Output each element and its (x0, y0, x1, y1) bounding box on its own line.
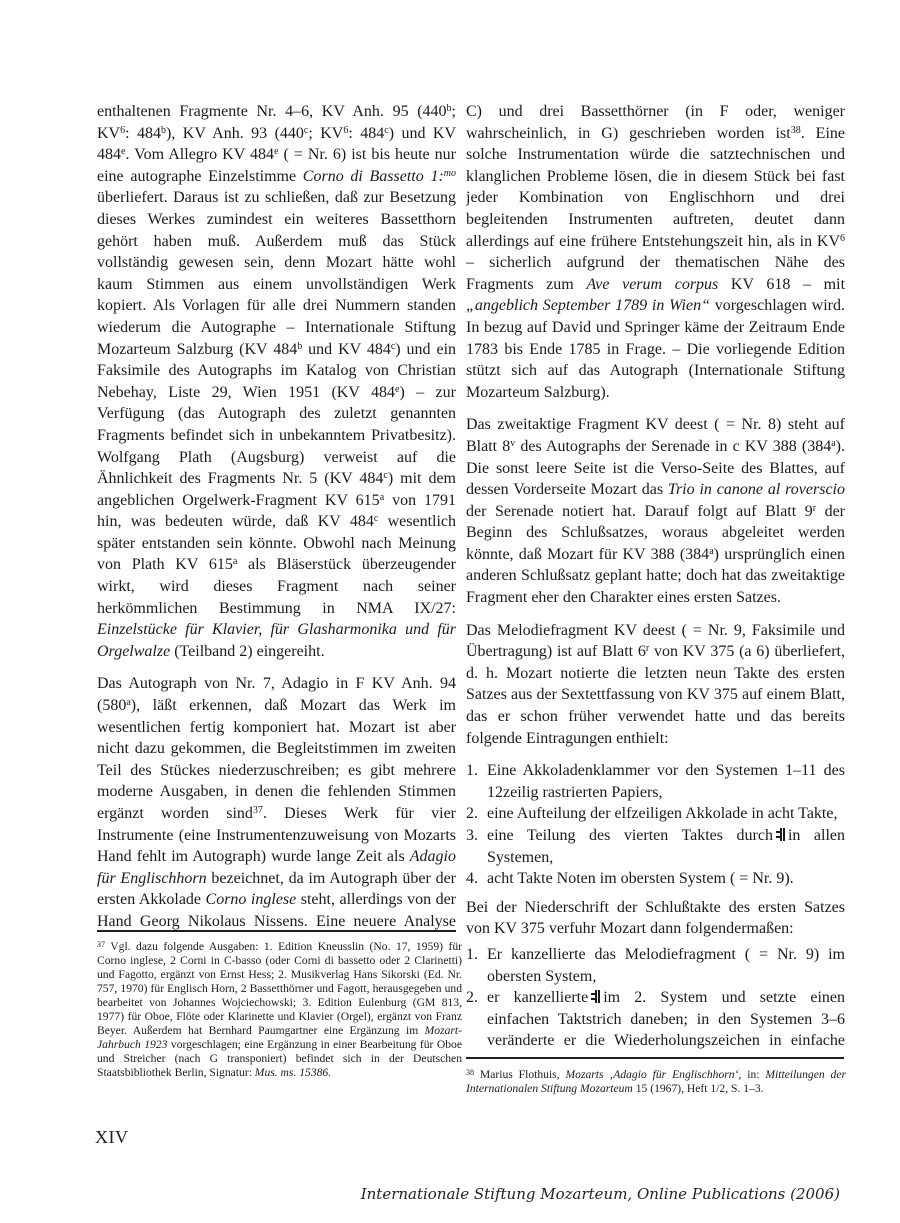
list-item: 2. er kanzellierteim 2. System und setzt… (466, 987, 845, 1054)
text-segment: eine Teilung des vierten Taktes durch (487, 827, 773, 844)
document-page: enthaltenen Fragmente Nr. 4–6, KV Anh. 9… (0, 0, 900, 1223)
text-segment: C) und drei Bassetthörner (in F oder, we… (466, 103, 845, 142)
text-segment: eine Aufteilung der elfzeiligen Akkolade… (487, 805, 837, 822)
text-segment: ), KV Anh. 93 (440 (166, 125, 304, 142)
list-item-number: 2. (466, 803, 487, 825)
list-item-text: acht Takte Noten im obersten System ( = … (487, 868, 845, 890)
list-item-number: 1. (466, 760, 487, 803)
text-segment: „angeblich September 1789 in Wien“ (466, 297, 710, 314)
text-segment: Er kanzellierte das Melodiefragment ( = … (487, 946, 845, 985)
footnote-divider (466, 1057, 844, 1059)
list-item-number: 2. (466, 987, 487, 1054)
text-segment: 6 (840, 233, 845, 244)
text-segment: 37 (97, 940, 105, 949)
repeat-barline-icon (591, 990, 600, 1003)
text-segment: 38 (791, 125, 801, 136)
text-segment: (Teilband 2) eingereiht. (170, 643, 324, 660)
paragraph: Bei der Niederschrift der Schlußtakte de… (466, 897, 845, 940)
list-item: 4. acht Takte Noten im obersten System (… (466, 868, 845, 890)
text-segment: 15 (1967), Heft 1/2, S. 1–3. (633, 1082, 764, 1095)
text-segment: Marius Flothuis, (474, 1068, 565, 1081)
text-segment: der Serenade notiert hat. Darauf folgt a… (466, 503, 813, 520)
text-segment: KV 618 – mit (718, 276, 845, 293)
list-item-text: er kanzellierteim 2. System und setzte e… (487, 987, 845, 1054)
footnote-38: 38 Marius Flothuis, Mozarts ‚Adagio für … (466, 1068, 846, 1096)
list-item-text: Eine Akkoladenklammer vor den Systemen 1… (487, 760, 845, 803)
list-item-text: eine Teilung des vierten Taktes durchin … (487, 825, 845, 868)
text-segment: 38 (466, 1068, 474, 1077)
footnote-37: 37 Vgl. dazu folgende Ausgaben: 1. Editi… (97, 940, 462, 1080)
text-segment: Trio in canone al roverscio (668, 481, 845, 498)
text-segment: , in: (738, 1068, 765, 1081)
left-column: enthaltenen Fragmente Nr. 4–6, KV Anh. 9… (97, 101, 456, 930)
text-segment: . Eine solche Instrumentation würde die … (466, 125, 845, 250)
numbered-list: 1. Eine Akkoladenklammer vor den Systeme… (466, 760, 845, 890)
text-segment: : 484 (125, 125, 161, 142)
paragraph: Das Melodiefragment KV deest ( = Nr. 9, … (466, 620, 845, 750)
footnote-divider (97, 930, 456, 932)
list-item: 3. eine Teilung des vierten Taktes durch… (466, 825, 845, 868)
text-segment: ), läßt erkennen, daß Mozart das Werk im… (97, 697, 456, 822)
list-item: 2. eine Aufteilung der elfzeiligen Akkol… (466, 803, 845, 825)
text-segment: acht Takte Noten im obersten System ( = … (487, 870, 794, 887)
footer-credit: Internationale Stiftung Mozarteum, Onlin… (361, 1185, 840, 1203)
text-segment: Bei der Niederschrift der Schlußtakte de… (466, 899, 845, 938)
text-segment: Corno di Bassetto 1: (303, 168, 444, 185)
text-segment: ; KV (308, 125, 343, 142)
list-item-text: Er kanzellierte das Melodiefragment ( = … (487, 944, 845, 987)
paragraph: Das zweitaktige Fragment KV deest ( = Nr… (466, 414, 845, 608)
text-segment: des Autographs der Serenade in c KV 388 … (515, 438, 831, 455)
text-segment: er kanzellierte (487, 989, 588, 1006)
list-item-text: eine Aufteilung der elfzeiligen Akkolade… (487, 803, 845, 825)
numbered-list: 1. Er kanzellierte das Melodiefragment (… (466, 944, 845, 1054)
list-item-number: 1. (466, 944, 487, 987)
repeat-barline-icon (776, 828, 785, 841)
list-item: 1. Eine Akkoladenklammer vor den Systeme… (466, 760, 845, 803)
list-item-number: 4. (466, 868, 487, 890)
text-segment: Eine Akkoladenklammer vor den Systemen 1… (487, 762, 845, 801)
paragraph: C) und drei Bassetthörner (in F oder, we… (466, 101, 845, 403)
text-segment: : 484 (348, 125, 384, 142)
text-segment: Mus. ms. 15386. (255, 1066, 331, 1079)
text-segment: 37 (253, 805, 263, 816)
page-number: XIV (95, 1127, 129, 1148)
text-segment: . Vom Allegro KV 484 (125, 146, 274, 163)
text-segment: Vgl. dazu folgende Ausgaben: 1. Edition … (97, 940, 462, 1037)
list-item-number: 3. (466, 825, 487, 868)
paragraph: Das Autograph von Nr. 7, Adagio in F KV … (97, 673, 456, 930)
paragraph: enthaltenen Fragmente Nr. 4–6, KV Anh. 9… (97, 101, 456, 662)
text-segment: enthaltenen Fragmente Nr. 4–6, KV Anh. 9… (97, 103, 447, 120)
text-segment: Mozarts ‚Adagio für Englischhorn‘ (565, 1068, 738, 1081)
list-item: 1. Er kanzellierte das Melodiefragment (… (466, 944, 845, 987)
text-segment: Ave verum corpus (586, 276, 718, 293)
right-column: C) und drei Bassetthörner (in F oder, we… (466, 101, 845, 1054)
text-segment: und KV 484 (302, 341, 391, 358)
text-segment: überliefert. Daraus ist zu schließen, da… (97, 189, 456, 357)
text-segment: mo (444, 168, 456, 179)
text-segment: Corno inglese (206, 891, 297, 908)
